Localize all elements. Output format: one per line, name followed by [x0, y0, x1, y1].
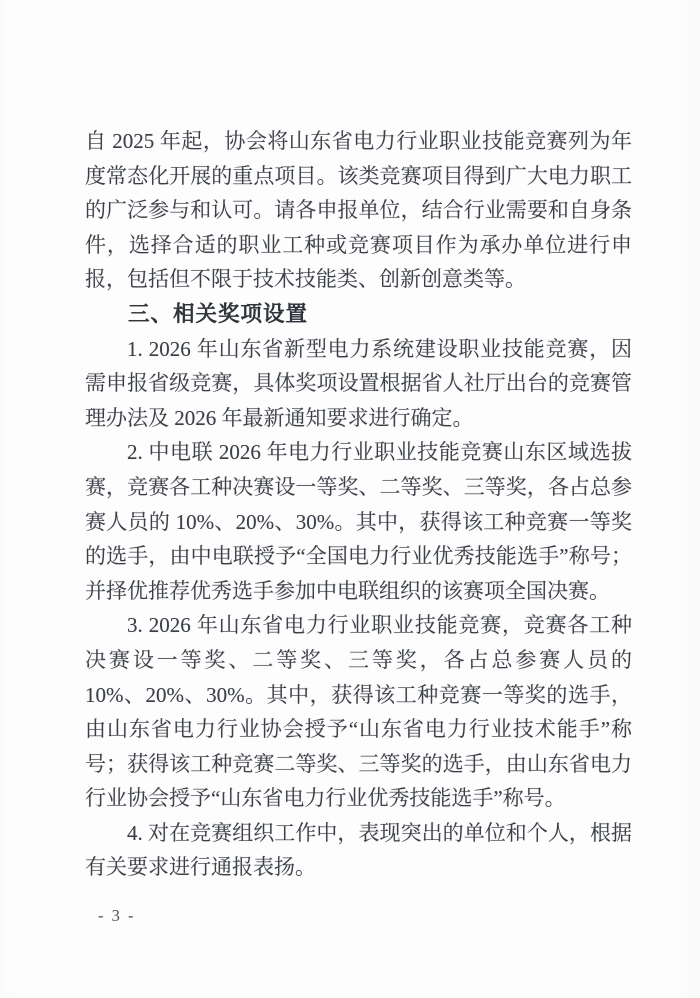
document-body: 自 2025 年起，协会将山东省电力行业职业技能竞赛列为年度常态化开展的重点项目…: [85, 124, 632, 885]
page-number: - 3 -: [98, 906, 136, 926]
paragraph-intro-continuation: 自 2025 年起，协会将山东省电力行业职业技能竞赛列为年度常态化开展的重点项目…: [85, 124, 632, 297]
paragraph-item-2: 2. 中电联 2026 年电力行业职业技能竞赛山东区域选拔赛，竞赛各工种决赛设一…: [85, 435, 632, 608]
paragraph-item-4: 4. 对在竞赛组织工作中，表现突出的单位和个人，根据有关要求进行通报表扬。: [85, 816, 632, 885]
section-heading-awards-setup: 三、相关奖项设置: [85, 297, 632, 332]
paragraph-item-3: 3. 2026 年山东省电力行业职业技能竞赛，竞赛各工种决赛设一等奖、二等奖、三…: [85, 608, 632, 816]
paragraph-item-1: 1. 2026 年山东省新型电力系统建设职业技能竞赛，因需申报省级竞赛，具体奖项…: [85, 332, 632, 436]
document-page: 自 2025 年起，协会将山东省电力行业职业技能竞赛列为年度常态化开展的重点项目…: [0, 0, 700, 998]
